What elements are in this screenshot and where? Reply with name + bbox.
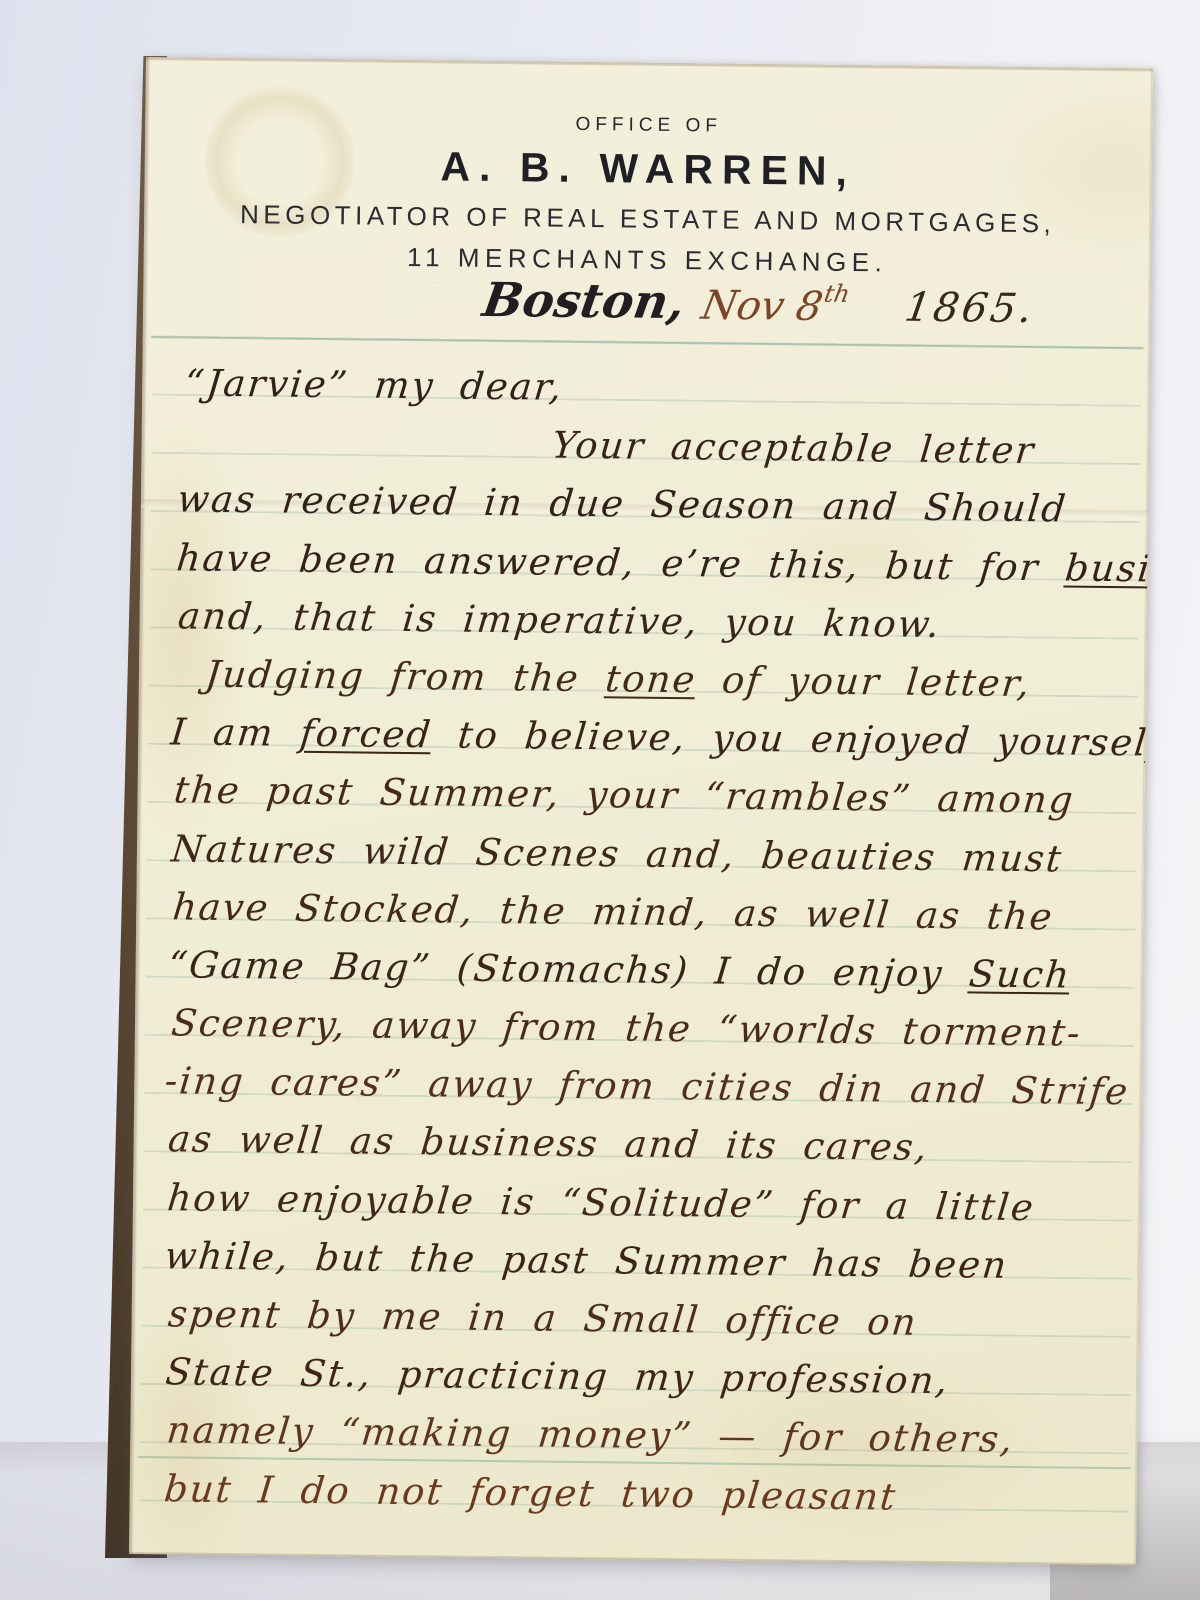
dateline-year: 1865. (902, 285, 1038, 332)
letter-body: “Jarvie” my dear,Your acceptable letterw… (129, 354, 1149, 1529)
ruled-line-accent (151, 336, 1144, 349)
handwritten-line: the past Summer, your “rambles” among (137, 761, 1150, 831)
dateline: Boston, Nov 8th 1865. (483, 273, 1035, 334)
dateline-city: Boston, (479, 273, 688, 330)
handwritten-line: Natures wild Scenes and, beauties must (137, 820, 1150, 890)
letterhead: OFFICE OF A. B. WARREN, NEGOTIATOR OF RE… (144, 109, 1153, 281)
handwritten-line: namely “making money” — for others, (130, 1401, 1143, 1471)
handwritten-line: as well as business and its cares, (133, 1110, 1146, 1180)
letterhead-descriptor: NEGOTIATOR OF REAL ESTATE AND MORTGAGES, (144, 198, 1151, 240)
letter-paper: OFFICE OF A. B. WARREN, NEGOTIATOR OF RE… (129, 57, 1153, 1565)
letterhead-office-of: OFFICE OF (145, 109, 1152, 142)
letterhead-name: A. B. WARREN, (145, 140, 1152, 198)
handwritten-line: was received in due Season and Should (141, 470, 1153, 540)
dateline-date: Nov 8th (698, 282, 852, 330)
photo-background: OFFICE OF A. B. WARREN, NEGOTIATOR OF RE… (0, 0, 1200, 1600)
handwritten-line: but I do not forget two pleasant (129, 1460, 1142, 1530)
